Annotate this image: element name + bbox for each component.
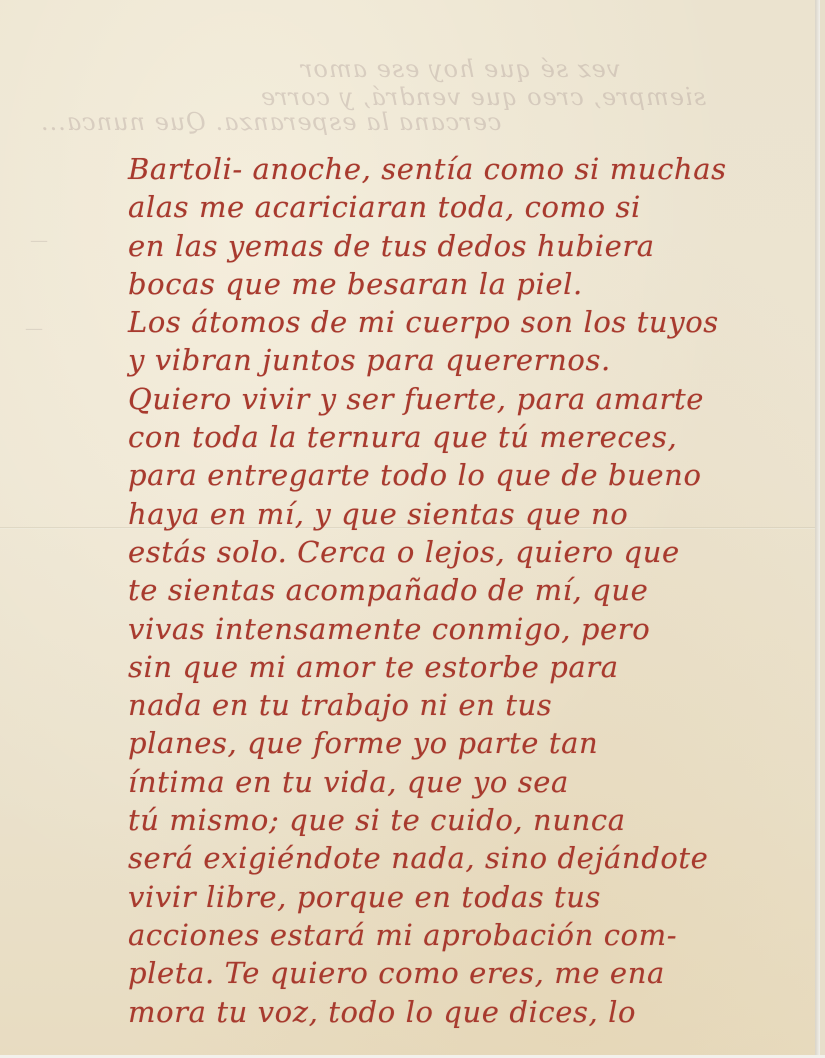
letter-line: para entregarte todo lo que de bueno: [128, 456, 808, 494]
letter-line: pleta. Te quiero como eres, me ena: [128, 954, 808, 992]
letter-line: íntima en tu vida, que yo sea: [128, 763, 808, 801]
letter-line: acciones estará mi aprobación com-: [128, 916, 808, 954]
letter-line: en las yemas de tus dedos hubiera: [128, 227, 808, 265]
letter-line: alas me acariciaran toda, como si: [128, 188, 808, 226]
letter-line: estás solo. Cerca o lejos, quiero que: [128, 533, 808, 571]
bleed-through-margin: —: [25, 318, 43, 339]
bleed-through-text: siempre, creo que vendrá, y corre: [260, 83, 706, 111]
letter-line: bocas que me besaran la piel.: [128, 265, 808, 303]
letter-line: vivir libre, porque en todas tus: [128, 878, 808, 916]
letter-line: te sientas acompañado de mí, que: [128, 571, 808, 609]
letter-line: nada en tu trabajo ni en tus: [128, 686, 808, 724]
paper-right-edge: [815, 0, 820, 1058]
letter-line: sin que mi amor te estorbe para: [128, 648, 808, 686]
letter-line: vivas intensamente conmigo, pero: [128, 610, 808, 648]
letter-line: planes, que forme yo parte tan: [128, 724, 808, 762]
letter-line: haya en mí, y que sientas que no: [128, 495, 808, 533]
letter-line: con toda la ternura que tú mereces,: [128, 418, 808, 456]
letter-line: será exigiéndote nada, sino dejándote: [128, 839, 808, 877]
letter-line: y vibran juntos para querernos.: [128, 341, 808, 379]
letter-paper: vez sé que hoy ese amor siempre, creo qu…: [0, 0, 820, 1058]
letter-line: Los átomos de mi cuerpo son los tuyos: [128, 303, 808, 341]
letter-line: Quiero vivir y ser fuerte, para amarte: [128, 380, 808, 418]
letter-body: Bartoli- anoche, sentía como si muchas a…: [128, 150, 808, 1031]
letter-line: mora tu voz, todo lo que dices, lo: [128, 993, 808, 1031]
bleed-through-margin: —: [30, 230, 48, 251]
letter-line: tú mismo; que si te cuido, nunca: [128, 801, 808, 839]
bleed-through-text: vez sé que hoy ese amor: [300, 55, 620, 83]
letter-line: Bartoli- anoche, sentía como si muchas: [128, 150, 808, 188]
bleed-through-text: cercana la esperanza. Que nunca...: [40, 108, 501, 136]
